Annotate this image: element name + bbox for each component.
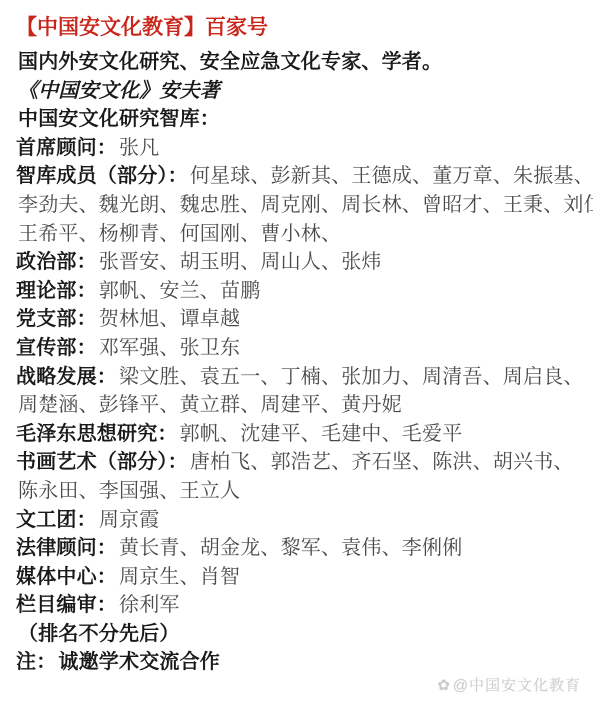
line-label: 法律顾问： [16,537,117,559]
line-text: 徐利军 [119,594,180,616]
watermark-logo-icon: ✿ [437,677,451,694]
line-text: 张晋安、胡玉明、周山人、张炜 [99,251,382,273]
line-label: 首席顾问： [16,137,117,159]
line-label: 智库成员（部分）： [16,165,188,187]
text-line: 毛泽东思想研究：郭帆、沈建平、毛建中、毛爱平 [16,420,579,449]
line-label: 战略发展： [16,366,117,388]
text-line: 周楚涵、彭锋平、黄立群、周建平、黄丹妮 [16,391,579,420]
text-line: 李劲夫、魏光朗、魏忠胜、周克刚、周长林、曾昭才、王秉、刘仁富、 [16,191,579,220]
line-label: 党支部： [16,308,97,330]
text-line: 国内外安文化研究、安全应急文化专家、学者。 [16,48,579,77]
article-page: 【中国安文化教育】百家号 国内外安文化研究、安全应急文化专家、学者。 《中国安文… [0,0,593,677]
line-label: 注： [16,651,56,673]
text-line: 注：诚邀学术交流合作 [16,648,579,677]
line-label: 毛泽东思想研究： [16,423,178,445]
line-label: 政治部： [16,251,97,273]
line-text: 诚邀学术交流合作 [58,651,220,673]
line-text: 邓军强、张卫东 [99,337,240,359]
line-label: 栏目编审： [16,594,117,616]
text-line: 智库成员（部分）：何星球、彭新其、王德成、董万章、朱振基、 [16,162,579,191]
text-line: 文工团：周京霞 [16,506,579,535]
watermark-text: @中国安文化教育 [453,677,581,694]
line-text: 周京生、肖智 [119,566,240,588]
text-line: 陈永田、李国强、王立人 [16,477,579,506]
line-text: 黄长青、胡金龙、黎军、袁伟、李俐俐 [119,537,462,559]
line-text: 张凡 [119,137,159,159]
text-line: 理论部：郭帆、安兰、苗鹏 [16,277,579,306]
line-text: （排名不分先后） [18,623,180,645]
article-body: 国内外安文化研究、安全应急文化专家、学者。 《中国安文化》安夫著 中国安文化研究… [16,48,579,677]
text-line: 首席顾问：张凡 [16,134,579,163]
text-line: 宣传部：邓军强、张卫东 [16,334,579,363]
line-text: 郭帆、沈建平、毛建中、毛爱平 [180,423,463,445]
text-line: 媒体中心：周京生、肖智 [16,563,579,592]
text-line: 中国安文化研究智库： [16,105,579,134]
line-label: 宣传部： [16,337,97,359]
line-text: 唐柏飞、郭浩艺、齐石坚、陈洪、胡兴书、 [190,451,574,473]
text-line: 党支部：贺林旭、谭卓越 [16,305,579,334]
line-text: 贺林旭、谭卓越 [99,308,240,330]
text-line: 法律顾问：黄长青、胡金龙、黎军、袁伟、李俐俐 [16,534,579,563]
page-title: 【中国安文化教育】百家号 [16,12,579,42]
watermark: ✿@中国安文化教育 [437,674,581,695]
text-line: （排名不分先后） [16,620,579,649]
line-text: 郭帆、安兰、苗鹏 [99,280,261,302]
line-text: 国内外安文化研究、安全应急文化专家、学者。 [18,51,442,73]
text-line: 栏目编审：徐利军 [16,591,579,620]
line-label: 理论部： [16,280,97,302]
line-text: 中国安文化研究智库： [18,108,220,130]
text-line: 书画艺术（部分）：唐柏飞、郭浩艺、齐石坚、陈洪、胡兴书、 [16,448,579,477]
line-text: 梁文胜、袁五一、丁楠、张加力、周清吾、周启良、 [119,366,584,388]
line-label: 文工团： [16,509,97,531]
text-line: 《中国安文化》安夫著 [16,77,579,106]
line-text: 王希平、杨柳青、何国刚、曹小林、 [18,223,341,245]
line-text: 周京霞 [99,509,160,531]
line-text: 《中国安文化》安夫著 [18,80,220,102]
text-line: 战略发展：梁文胜、袁五一、丁楠、张加力、周清吾、周启良、 [16,363,579,392]
line-label: 书画艺术（部分）： [16,451,188,473]
line-text: 周楚涵、彭锋平、黄立群、周建平、黄丹妮 [18,394,402,416]
line-text: 何星球、彭新其、王德成、董万章、朱振基、 [190,165,593,187]
line-text: 李劲夫、魏光朗、魏忠胜、周克刚、周长林、曾昭才、王秉、刘仁富、 [18,194,593,216]
line-label: 媒体中心： [16,566,117,588]
text-line: 王希平、杨柳青、何国刚、曹小林、 [16,220,579,249]
line-text: 陈永田、李国强、王立人 [18,480,240,502]
text-line: 政治部：张晋安、胡玉明、周山人、张炜 [16,248,579,277]
